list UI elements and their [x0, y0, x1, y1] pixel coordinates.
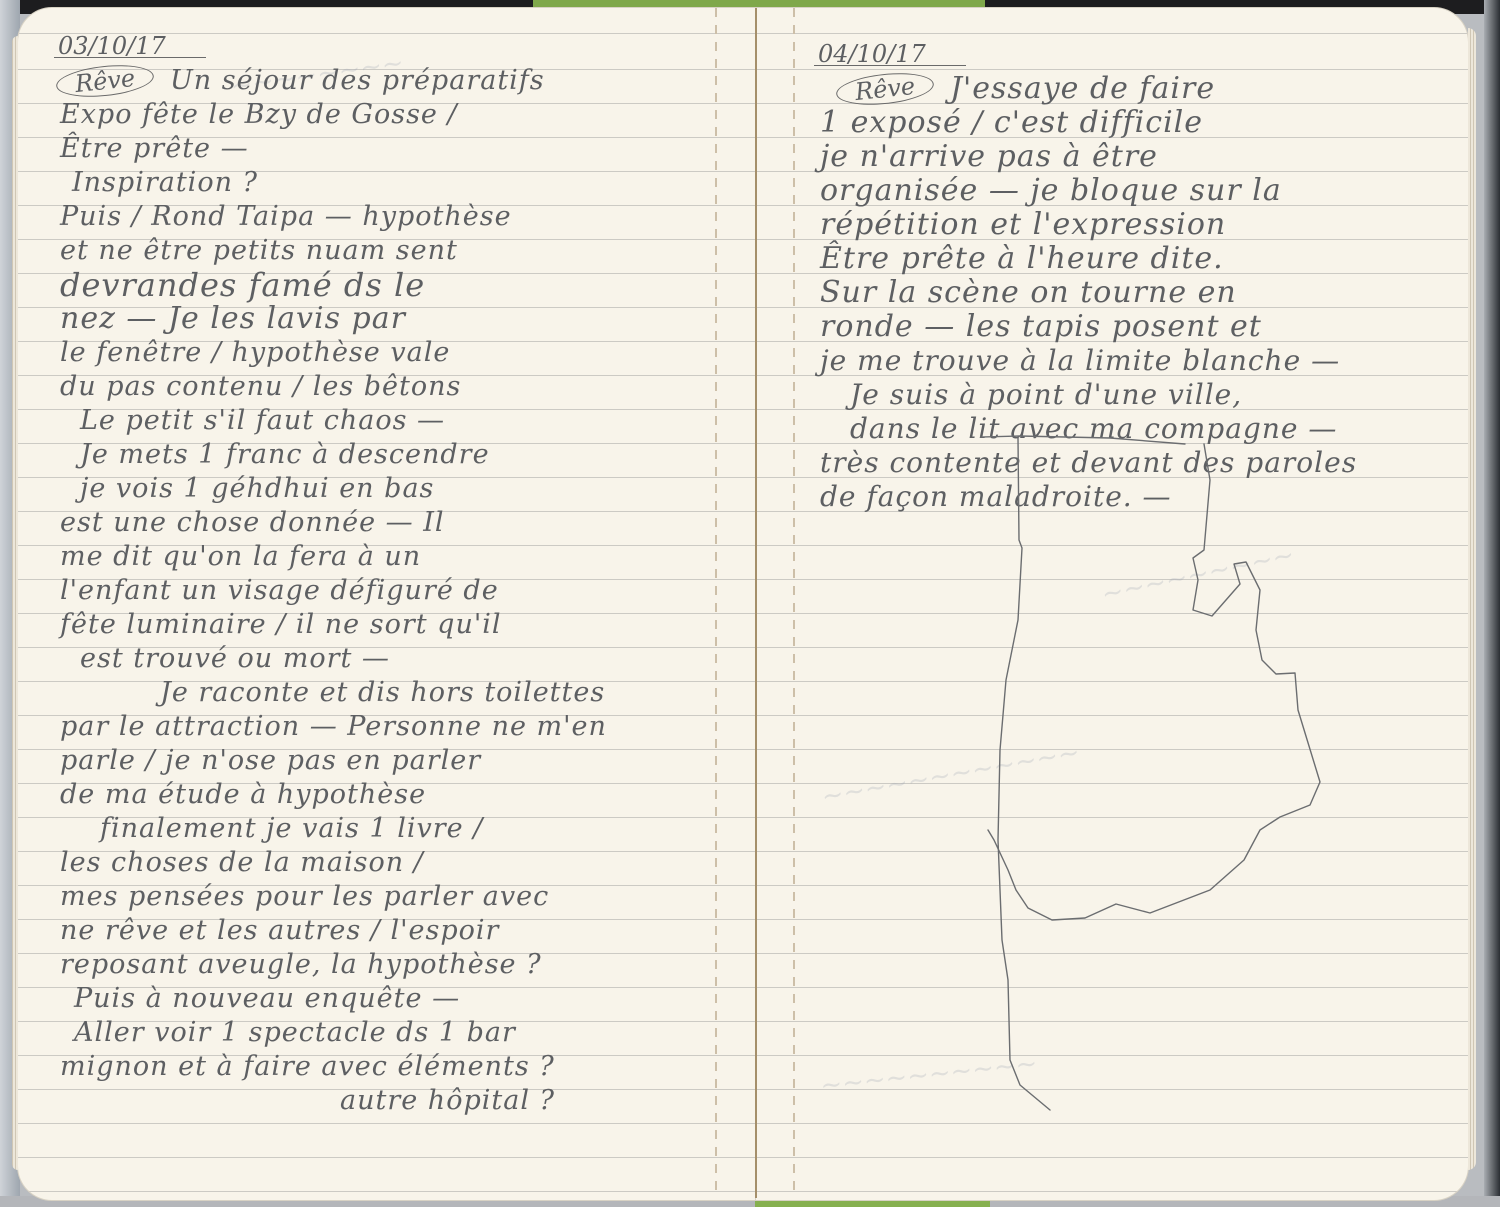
handwritten-line: de ma étude à hypothèse — [60, 778, 710, 812]
notebook-cover-bottom — [755, 1200, 990, 1207]
handwritten-line: Le petit s'il faut chaos — — [60, 404, 710, 438]
handwritten-line: me dit qu'on la fera à un — [60, 540, 710, 574]
handwritten-line: je me trouve à la limite blanche — — [820, 344, 1440, 378]
handwritten-line: le fenêtre / hypothèse vale — [60, 336, 710, 370]
handwritten-line: parle / je n'ose pas en parler — [60, 744, 710, 778]
handwritten-line: 1 exposé / c'est difficile — [820, 106, 1440, 140]
handwritten-line: l'enfant un visage défiguré de — [60, 574, 710, 608]
handwritten-line: ronde — les tapis posent et — [820, 310, 1440, 344]
handwritten-line: reposant aveugle, la hypothèse ? — [60, 948, 710, 982]
perforation-line-left — [715, 8, 717, 1198]
handwritten-line: Je raconte et dis hors toilettes — [60, 676, 710, 710]
handwritten-line: Je mets 1 franc à descendre — [60, 438, 710, 472]
handwritten-line: je vois 1 géhdhui en bas — [60, 472, 710, 506]
handwritten-line: Expo fête le Bzy de Gosse / — [60, 98, 710, 132]
entry-date-left: 03/10/17 — [58, 32, 166, 60]
handwritten-line: Inspiration ? — [60, 166, 710, 200]
handwritten-line: Je suis à point d'une ville, — [820, 378, 1440, 412]
notebook-spine — [755, 8, 757, 1198]
scan-background-right — [1484, 0, 1500, 1207]
notebook-elastic-band-top — [533, 0, 985, 8]
handwritten-line: Être prête à l'heure dite. — [820, 242, 1440, 276]
handwritten-lines-left: Un séjour des préparatifs Expo fête le B… — [60, 64, 710, 1118]
handwritten-line: Puis à nouveau enquête — — [60, 982, 710, 1016]
handwritten-line: Sur la scène on tourne en — [820, 276, 1440, 310]
handwritten-line: organisée — je bloque sur la — [820, 174, 1440, 208]
handwritten-line: est trouvé ou mort — — [60, 642, 710, 676]
handwritten-line: Puis / Rond Taipa — hypothèse — [60, 200, 710, 234]
handwritten-line: Un séjour des préparatifs — [60, 64, 710, 98]
handwritten-line: ne rêve et les autres / l'espoir — [60, 914, 710, 948]
handwritten-line: devrandes famé ds le — [60, 268, 710, 302]
handwritten-line: mignon et à faire avec éléments ? — [60, 1050, 710, 1084]
handwritten-line: je n'arrive pas à être — [820, 140, 1440, 174]
handwritten-line: est une chose donnée — Il — [60, 506, 710, 540]
handwritten-line: autre hôpital ? — [60, 1084, 710, 1118]
entry-date-right: 04/10/17 — [818, 40, 926, 68]
handwritten-line: nez — Je les lavis par — [60, 302, 710, 336]
handwritten-line: du pas contenu / les bêtons — [60, 370, 710, 404]
handwritten-line: répétition et l'expression — [820, 208, 1440, 242]
handwritten-line: Aller voir 1 spectacle ds 1 bar — [60, 1016, 710, 1050]
handwritten-line: mes pensées pour les parler avec — [60, 880, 710, 914]
pencil-sketch-outline — [980, 420, 1340, 1120]
handwritten-line: finalement je vais 1 livre / — [60, 812, 710, 846]
handwritten-line: J'essaye de faire — [820, 72, 1440, 106]
handwritten-line: par le attraction — Personne ne m'en — [60, 710, 710, 744]
handwritten-line: fête luminaire / il ne sort qu'il — [60, 608, 710, 642]
perforation-line-right — [793, 8, 795, 1198]
handwritten-line: Être prête — — [60, 132, 710, 166]
handwritten-line: et ne être petits nuam sent — [60, 234, 710, 268]
handwritten-line: les choses de la maison / — [60, 846, 710, 880]
